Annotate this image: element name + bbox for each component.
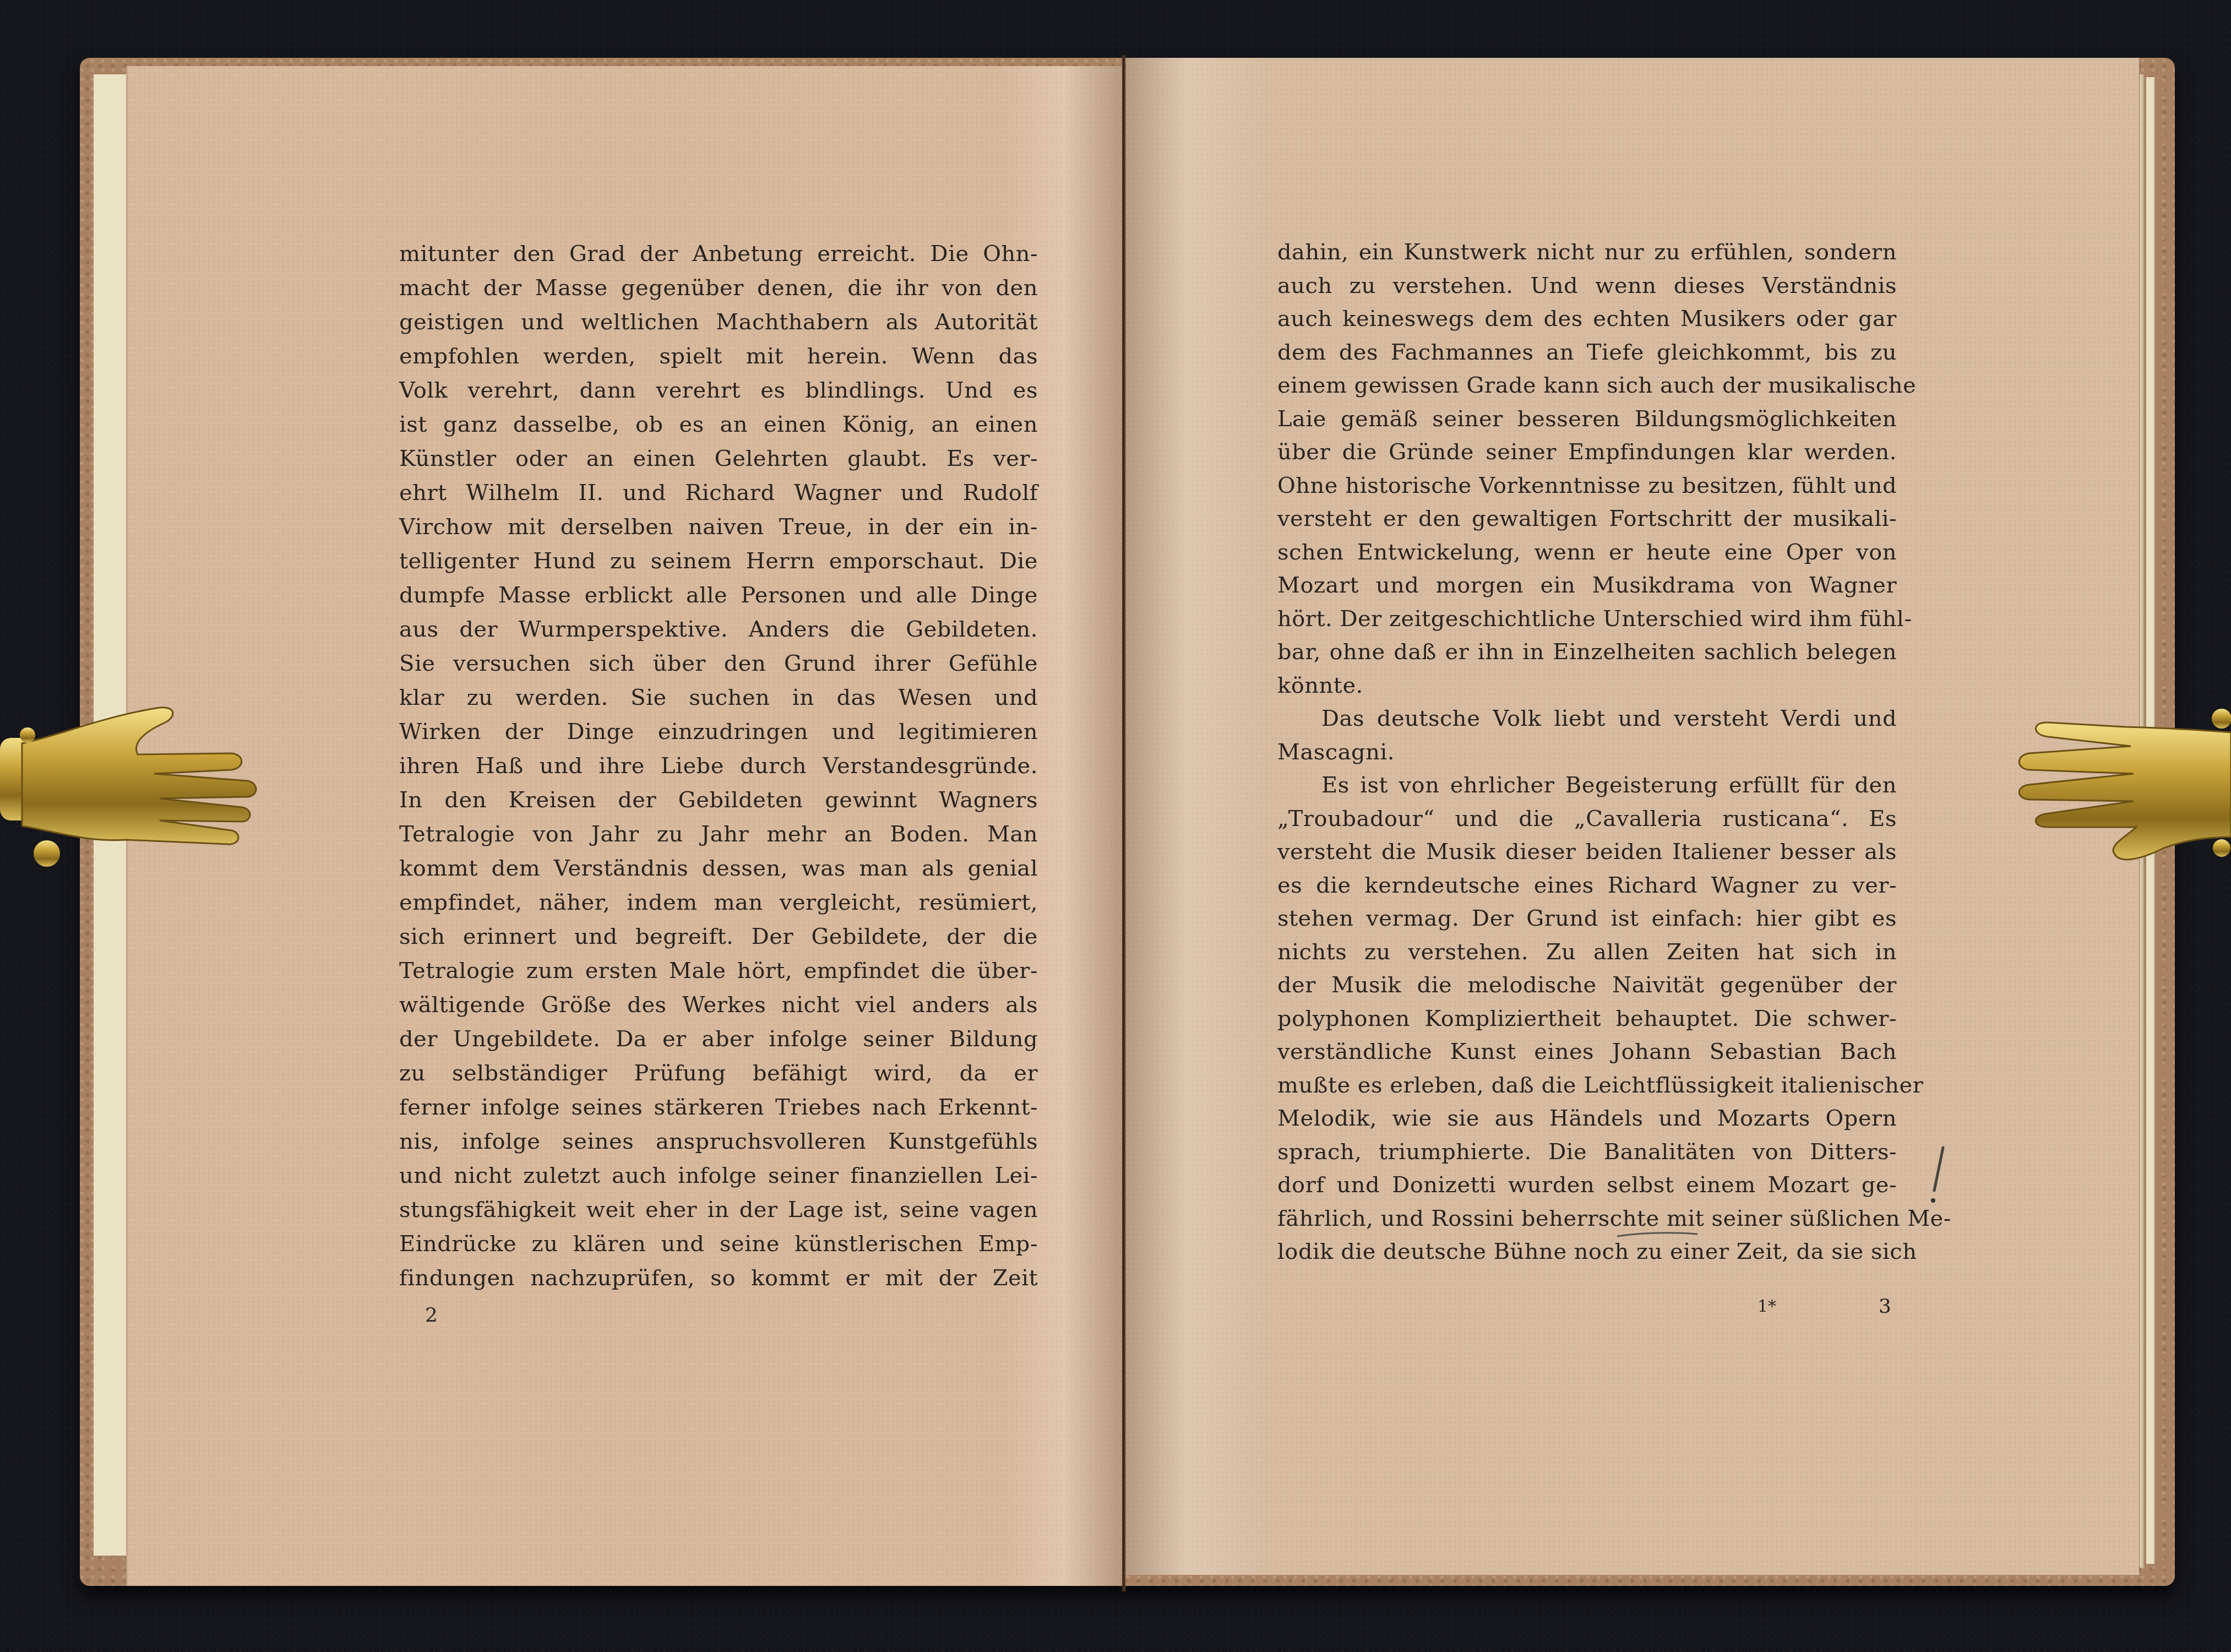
pencil-underline-mark <box>1616 1231 1699 1238</box>
text-line: Das deutsche Volk liebt und versteht Ver… <box>1277 702 1897 736</box>
text-line: mitunter den Grad der Anbetung erreicht.… <box>399 237 1038 271</box>
left-page-text: mitunter den Grad der Anbetung erreicht.… <box>399 237 1038 1295</box>
text-line: einem gewissen Grade kann sich auch der … <box>1277 369 1897 403</box>
text-line: dem des Fachmannes an Tiefe gleichkommt,… <box>1277 336 1897 369</box>
text-line: zu selbständiger Prüfung befähigt wird, … <box>399 1056 1038 1090</box>
text-line: ist ganz dasselbe, ob es an einen König,… <box>399 407 1038 442</box>
text-line: Es ist von ehrlicher Begeisterung erfüll… <box>1277 769 1897 802</box>
text-line: telligenter Hund zu seinem Herrn emporsc… <box>399 544 1038 578</box>
text-line: und nicht zuletzt auch infolge seiner fi… <box>399 1159 1038 1193</box>
text-line: der Musik die melodische Naivität gegenü… <box>1277 969 1897 1002</box>
text-line: könnte. <box>1277 669 1897 703</box>
text-line: polyphonen Kompliziertheit behauptet. Di… <box>1277 1002 1897 1036</box>
text-line: über die Gründe seiner Empfindungen klar… <box>1277 436 1897 469</box>
text-line: stehen vermag. Der Grund ist einfach: hi… <box>1277 902 1897 936</box>
text-line: ihren Haß und ihre Liebe durch Verstande… <box>399 749 1038 783</box>
text-line: mußte es erleben, daß die Leichtflüssigk… <box>1277 1069 1897 1102</box>
right-page-number: 3 <box>1879 1295 1891 1318</box>
text-line: Mozart und morgen ein Musikdrama von Wag… <box>1277 569 1897 602</box>
text-line: ferner infolge seines stärkeren Triebes … <box>399 1090 1038 1124</box>
text-line: findungen nachzuprüfen, so kommt er mit … <box>399 1261 1038 1295</box>
text-line: Künstler oder an einen Gelehrten glaubt.… <box>399 442 1038 476</box>
text-line: dorf und Donizetti wurden selbst einem M… <box>1277 1169 1897 1202</box>
text-line: hört. Der zeitgeschichtliche Unterschied… <box>1277 602 1897 636</box>
text-line: der Ungebildete. Da er aber infolge sein… <box>399 1022 1038 1056</box>
text-line: Melodik, wie sie aus Händels und Mozarts… <box>1277 1102 1897 1135</box>
text-line: versteht er den gewaltigen Fortschritt d… <box>1277 502 1897 536</box>
brass-hand-clip-left-icon <box>0 683 259 870</box>
text-line: verständliche Kunst eines Johann Sebasti… <box>1277 1035 1897 1069</box>
text-line: nichts zu verstehen. Zu allen Zeiten hat… <box>1277 936 1897 969</box>
text-line: sich erinnert und begreift. Der Gebildet… <box>399 920 1038 954</box>
text-line: es die kerndeutsche eines Richard Wagner… <box>1277 869 1897 903</box>
text-line: Virchow mit derselben naiven Treue, in d… <box>399 510 1038 544</box>
brass-hand-clip-right-icon <box>1999 683 2231 870</box>
right-page-text: dahin, ein Kunstwerk nicht nur zu erfühl… <box>1277 236 1897 1269</box>
text-line: klar zu werden. Sie suchen in das Wesen … <box>399 681 1038 715</box>
text-line: auch zu verstehen. Und wenn dieses Verst… <box>1277 269 1897 303</box>
text-line: Eindrücke zu klären und seine künstleris… <box>399 1227 1038 1261</box>
text-line: versteht die Musik dieser beiden Italien… <box>1277 835 1897 869</box>
text-line: fährlich, und Rossini beherrschte mit se… <box>1277 1202 1897 1236</box>
left-page-number: 2 <box>425 1304 438 1327</box>
text-line: lodik die deutsche Bühne noch zu einer Z… <box>1277 1235 1897 1269</box>
book-gutter <box>1122 55 1125 1591</box>
text-line: „Troubadour“ und die „Cavalleria rustica… <box>1277 802 1897 836</box>
text-line: Wirken der Dinge einzudringen und legiti… <box>399 715 1038 749</box>
text-line: nis, infolge seines anspruchsvolleren Ku… <box>399 1124 1038 1159</box>
text-line: dumpfe Masse erblickt alle Personen und … <box>399 578 1038 612</box>
text-line: empfindet, näher, indem man vergleicht, … <box>399 885 1038 920</box>
text-line: In den Kreisen der Gebildeten gewinnt Wa… <box>399 783 1038 817</box>
text-line: sprach, triumphierte. Die Banalitäten vo… <box>1277 1135 1897 1169</box>
text-line: Ohne historische Vorkenntnisse zu besitz… <box>1277 469 1897 503</box>
text-line: bar, ohne daß er ihn in Einzelheiten sac… <box>1277 635 1897 669</box>
text-line: ehrt Wilhelm II. und Richard Wagner und … <box>399 476 1038 510</box>
text-line: Tetralogie zum ersten Male hört, empfind… <box>399 954 1038 988</box>
text-line: macht der Masse gegenüber denen, die ihr… <box>399 271 1038 305</box>
text-line: Volk verehrt, dann verehrt es blindlings… <box>399 373 1038 407</box>
text-line: stungsfähigkeit weit eher in der Lage is… <box>399 1193 1038 1227</box>
text-line: wältigende Größe des Werkes nicht viel a… <box>399 988 1038 1022</box>
text-line: dahin, ein Kunstwerk nicht nur zu erfühl… <box>1277 236 1897 269</box>
text-line: Sie versuchen sich über den Grund ihrer … <box>399 646 1038 681</box>
text-line: geistigen und weltlichen Machthabern als… <box>399 305 1038 339</box>
text-line: Laie gemäß seiner besseren Bildungsmögli… <box>1277 403 1897 436</box>
text-line: Tetralogie von Jahr zu Jahr mehr an Bode… <box>399 817 1038 851</box>
signature-mark: 1* <box>1757 1297 1776 1316</box>
text-line: empfohlen werden, spielt mit herein. Wen… <box>399 339 1038 373</box>
pencil-exclamation-mark-icon <box>1930 1145 1946 1206</box>
text-line: aus der Wurmperspektive. Anders die Gebi… <box>399 612 1038 646</box>
text-line: schen Entwickelung, wenn er heute eine O… <box>1277 536 1897 569</box>
text-line: auch keineswegs dem des echten Musikers … <box>1277 302 1897 336</box>
text-line: kommt dem Verständnis dessen, was man al… <box>399 851 1038 885</box>
text-line: Mascagni. <box>1277 736 1897 769</box>
